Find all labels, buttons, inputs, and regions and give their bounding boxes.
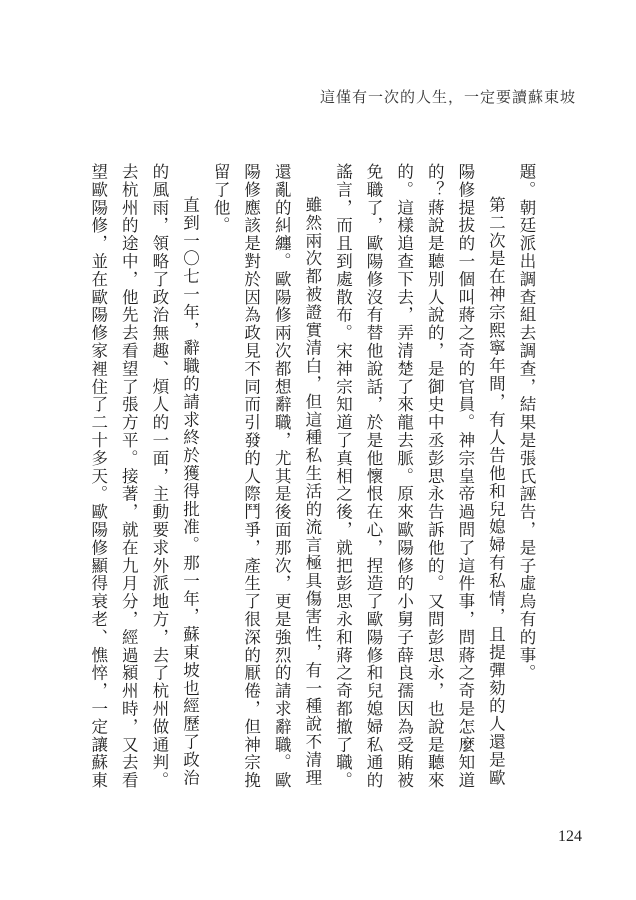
running-header: 這僅有一次的人生，一定要讀蘇東坡 xyxy=(320,86,576,107)
paragraph-1: 題。朝廷派出調查組去調查，結果是張氏誣告，是子虛烏有的事。 xyxy=(510,163,541,803)
paragraph-3: 雖然兩次都被證實清白，但這種私生活的流言極具傷害性，有一種說不清理還亂的糾纏。歐… xyxy=(204,163,326,803)
paragraph-4: 直到一〇七一年，辭職的請求終於獲得批准。那一年，蘇東坡也經歷了政治的風雨，領略了… xyxy=(82,163,204,803)
paragraph-2: 第二次是在神宗熙寧年間，有人告他和兒媳婦有私情，且提彈劾的人還是歐陽修提拔的一個… xyxy=(327,163,511,803)
vertical-body-text: 題。朝廷派出調查組去調查，結果是張氏誣告，是子虛烏有的事。 第二次是在神宗熙寧年… xyxy=(82,163,541,803)
book-page: 這僅有一次的人生，一定要讀蘇東坡 題。朝廷派出調查組去調查，結果是張氏誣告，是子… xyxy=(0,0,636,900)
page-number: 124 xyxy=(558,828,582,846)
